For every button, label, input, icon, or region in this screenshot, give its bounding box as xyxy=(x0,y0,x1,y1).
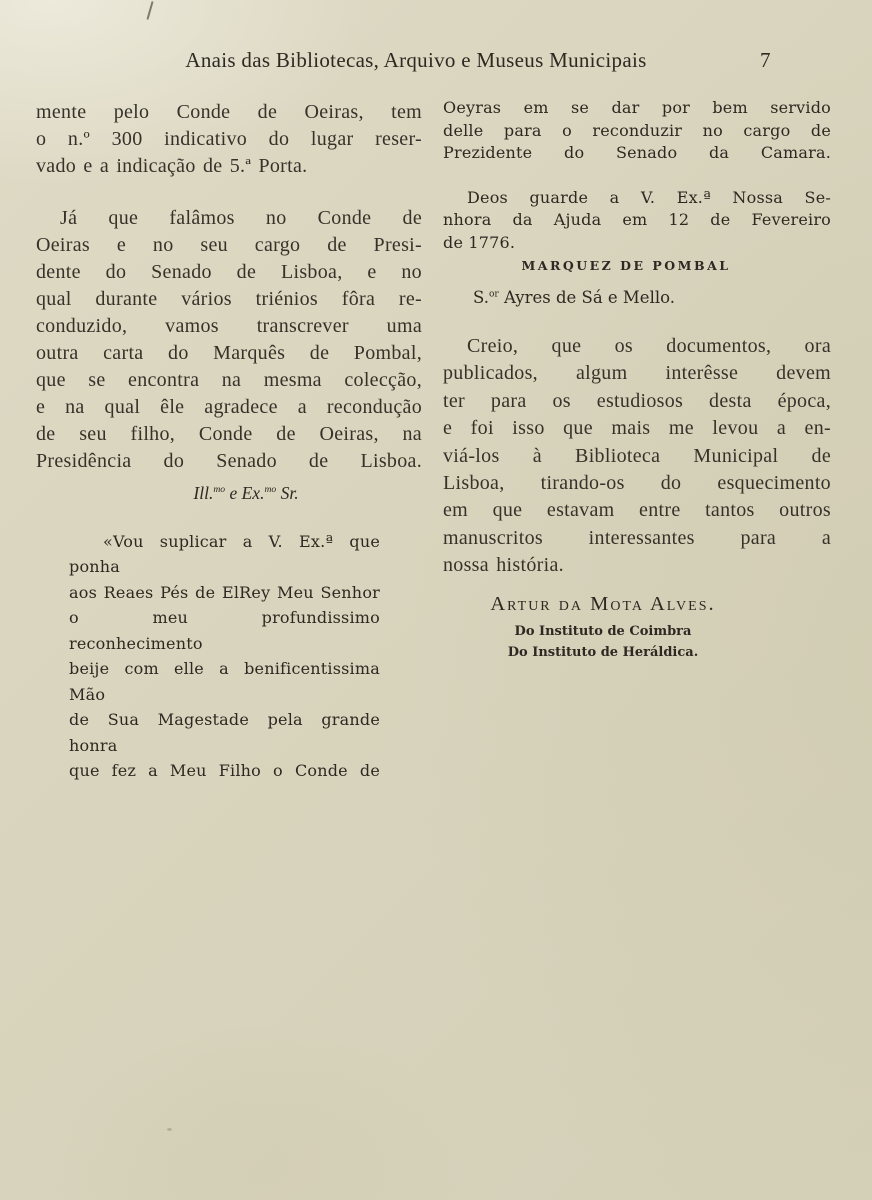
letter-signature: MARQUEZ DE POMBAL xyxy=(443,258,809,273)
page-header: Anais das Bibliotecas, Arquivo e Museus … xyxy=(36,48,796,73)
salutation-text: Sr. xyxy=(276,483,298,503)
letter-closing: Deos guarde a V. Ex.ª Nossa Se-nhora da … xyxy=(443,187,831,255)
addressee-text: S. xyxy=(473,288,489,307)
author-affiliation: Do Instituto de Coimbra xyxy=(443,621,763,642)
right-column: Oeyras em se dar por bem servidodelle pa… xyxy=(443,97,831,663)
closing-paragraph: Creio, que os documentos, orapublicados,… xyxy=(443,333,831,580)
left-column: mente pelo Conde de Oeiras, temo n.º 300… xyxy=(36,99,422,784)
scanned-book-page: Anais das Bibliotecas, Arquivo e Museus … xyxy=(0,0,872,1200)
salutation-text: Ill. xyxy=(193,483,213,503)
author-affiliation: Do Instituto de Heráldica. xyxy=(443,642,763,663)
paragraph: Já que falâmos no Conde deOeiras e no se… xyxy=(36,205,422,475)
salutation-text: e Ex. xyxy=(225,483,264,503)
scan-artifact-mark xyxy=(146,1,153,20)
salutation-superscript: mo xyxy=(213,484,225,495)
journal-title: Anais das Bibliotecas, Arquivo e Museus … xyxy=(36,48,796,73)
salutation-superscript: mo xyxy=(264,484,276,495)
letter-addressee: S.or Ayres de Sá e Mello. xyxy=(443,288,831,307)
paper-speck xyxy=(167,1128,172,1131)
addressee-text: Ayres de Sá e Mello. xyxy=(499,288,675,307)
paragraph-continuation: mente pelo Conde de Oeiras, temo n.º 300… xyxy=(36,99,422,180)
author-name: Artur da Mota Alves. xyxy=(443,593,763,616)
page-number: 7 xyxy=(760,48,771,73)
letter-quote: «Vou suplicar a V. Ex.ª que ponhaaos Rea… xyxy=(69,529,380,784)
letter-quote-continuation: Oeyras em se dar por bem servidodelle pa… xyxy=(443,97,831,165)
addressee-superscript: or xyxy=(489,290,499,300)
author-block: Artur da Mota Alves. Do Instituto de Coi… xyxy=(443,593,763,663)
letter-salutation: Ill.mo e Ex.mo Sr. xyxy=(36,480,422,503)
